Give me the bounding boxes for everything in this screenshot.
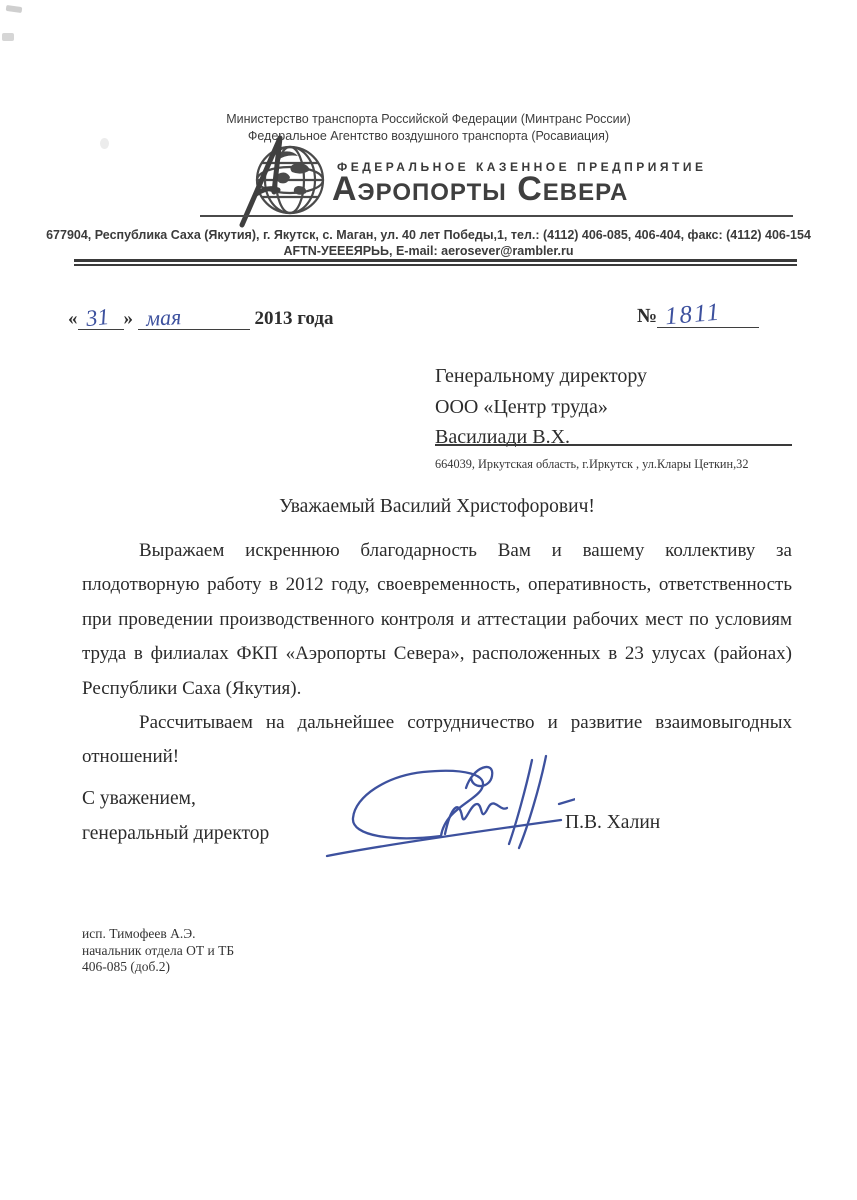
handwritten-number: 1811 bbox=[664, 299, 722, 332]
month-field: мая bbox=[138, 303, 250, 330]
closing-block: С уважением, генеральный директор bbox=[82, 782, 269, 851]
ministry-line-1: Министерство транспорта Российской Федер… bbox=[0, 111, 857, 128]
company-address-line: 677904, Республика Саха (Якутия), г. Яку… bbox=[0, 228, 857, 242]
company-name: Аэропорты Севера bbox=[332, 170, 628, 209]
addressee-rule bbox=[435, 444, 792, 446]
signer-name: П.В. Халин bbox=[565, 812, 660, 834]
addressee-block: Генеральному директору ООО «Центр труда»… bbox=[435, 361, 647, 453]
scan-artifact bbox=[2, 33, 14, 41]
quote-open: « bbox=[68, 308, 78, 329]
addressee-address: 664039, Иркутская область, г.Иркутск , у… bbox=[435, 457, 748, 472]
executor-title: начальник отдела ОТ и ТБ bbox=[82, 943, 234, 960]
handwritten-month: мая bbox=[145, 304, 182, 332]
letter-body: Выражаем искреннюю благодарность Вам и в… bbox=[82, 534, 792, 775]
company-contact-line: AFTN-УЕЕЕЯРЬЬ, E-mail: aerosever@rambler… bbox=[0, 244, 857, 258]
number-label: № bbox=[637, 305, 657, 327]
signer-title: генеральный директор bbox=[82, 817, 269, 852]
handwritten-day: 31 bbox=[84, 304, 110, 332]
date-line: «31» мая 2013 года bbox=[68, 303, 333, 330]
number-field: 1811 bbox=[657, 301, 759, 328]
number-line: №1811 bbox=[637, 301, 759, 328]
executor-phone: 406-085 (доб.2) bbox=[82, 959, 234, 976]
closing-phrase: С уважением, bbox=[82, 782, 269, 817]
day-field: 31 bbox=[78, 303, 124, 330]
handwritten-signature bbox=[323, 744, 575, 862]
ministry-line-2: Федеральное Агентство воздушного транспо… bbox=[0, 128, 857, 145]
salutation: Уважаемый Василий Христофорович! bbox=[82, 496, 792, 518]
executor-name: исп. Тимофеев А.Э. bbox=[82, 926, 234, 943]
header-rule bbox=[200, 215, 793, 217]
scanned-letter-page: Министерство транспорта Российской Федер… bbox=[0, 0, 857, 1200]
addressee-name: Василиади В.Х. bbox=[435, 422, 647, 453]
addressee-position: Генеральному директору bbox=[435, 361, 647, 392]
year-label: 2013 года bbox=[255, 308, 334, 329]
addressee-company: ООО «Центр труда» bbox=[435, 392, 647, 423]
letterhead-ministry: Министерство транспорта Российской Федер… bbox=[0, 111, 857, 144]
body-paragraph-1: Выражаем искреннюю благодарность Вам и в… bbox=[82, 534, 792, 706]
executor-block: исп. Тимофеев А.Э. начальник отдела ОТ и… bbox=[82, 926, 234, 976]
letterhead-divider bbox=[74, 259, 797, 266]
aftn-label: AFTN-УЕЕЕЯРЬЬ, E-mail: bbox=[283, 244, 441, 258]
email-link[interactable]: aerosever@rambler.ru bbox=[441, 244, 573, 260]
scan-artifact bbox=[6, 5, 23, 13]
quote-close: » bbox=[124, 308, 134, 329]
